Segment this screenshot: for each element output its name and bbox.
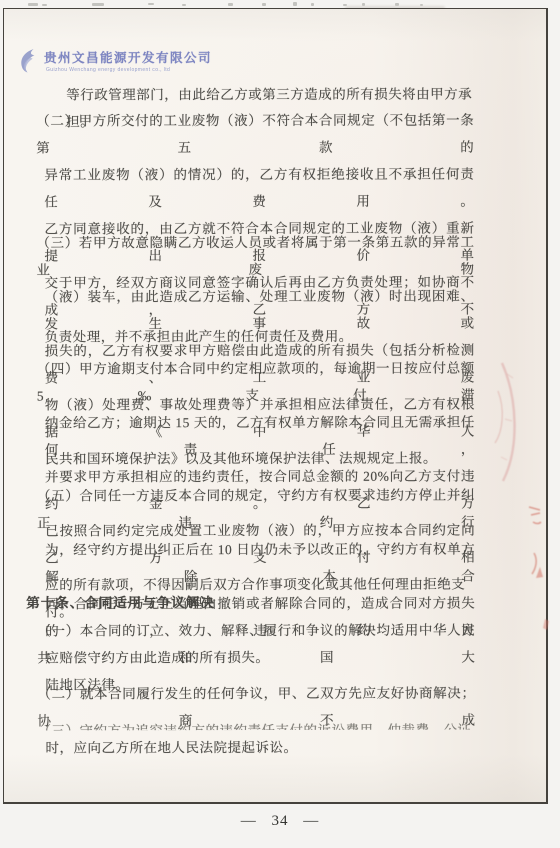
company-name: 贵州文昌能源开发有限公司 [44,48,212,66]
scan-artifact [293,2,297,6]
page-footer: — 34 — [0,812,560,830]
scan-artifact [28,3,38,6]
text-line: （三）若甲方故意隐瞒乙方收运人员或者将属于第一条第五款的异常工业废物 [36,229,474,284]
text-line: （二）甲方所交付的工业废物（液）不符合本合同规定（不包括第一条第五款的 [36,107,474,162]
swirl-logo-icon [18,48,40,74]
text-line: 纳金给乙方；逾期达 15 天的，乙方有权单方解除本合同且无需承担任何责任， [37,409,475,464]
red-stamp-marks [474,339,560,639]
contract-article-10-heading: 第十条、合同适用与争议解决 [37,589,475,617]
scanner-background: 贵州文昌能源开发有限公司 Guizhou Wenchang energy dev… [0,0,560,848]
text-line: 异常工业废物（液）的情况）的，乙方有权拒绝接收且不承担任何责任及费用。 [36,161,474,216]
contract-body: 等行政管理部门，由此给乙方或第三方造成的所有损失将由甲方承担。 （二）甲方所交付… [36,9,474,10]
scan-artifact [262,3,266,6]
scan-artifact [182,4,186,6]
scan-artifact [311,3,314,6]
text-line: 时，应向乙方所在地人民法院提起诉讼。 [38,734,476,762]
company-logo: 贵州文昌能源开发有限公司 Guizhou Wenchang energy dev… [18,48,212,74]
text-line-clipped: （三）守约方为追究违约方的违约责任支付的诉讼费用、仲裁费、公证费、鉴定费 [37,717,475,731]
text-line: （四）甲方逾期支付本合同中约定相应款项的，每逾期一日按应付总额 5‰支付滞 [37,355,475,410]
text-line: 为，经守约方提出纠正后在 10 日内仍未予以改正的，守约方有权单方解除本合 [37,536,475,591]
text-line: （五）合同任一方违反本合同的规定，守约方有权要求违约方停止并纠正违约行 [37,482,475,537]
scanned-contract-page: 贵州文昌能源开发有限公司 Guizhou Wenchang energy dev… [3,8,548,804]
contract-clause-10-3-cutoff: （三）守约方为追究违约方的违约责任支付的诉讼费用、仲裁费、公证费、鉴定费 [37,717,475,731]
page-number: — 34 — [241,813,320,829]
scan-artifact [228,3,233,6]
company-name-en: Guizhou Wenchang energy development co.,… [46,67,212,73]
text-line: （一）本合同的订立、效力、解释、履行和争议的解决均适用中华人民共和国大 [37,617,475,672]
scan-artifact [148,3,154,5]
scan-artifact [92,3,104,6]
scan-artifact [42,4,47,6]
heading-line: 第十条、合同适用与争议解决 [26,589,475,617]
text-line: （液）装车，由此造成乙方运输、处理工业废物（液）时出现困难、发生事故或 [37,283,475,338]
